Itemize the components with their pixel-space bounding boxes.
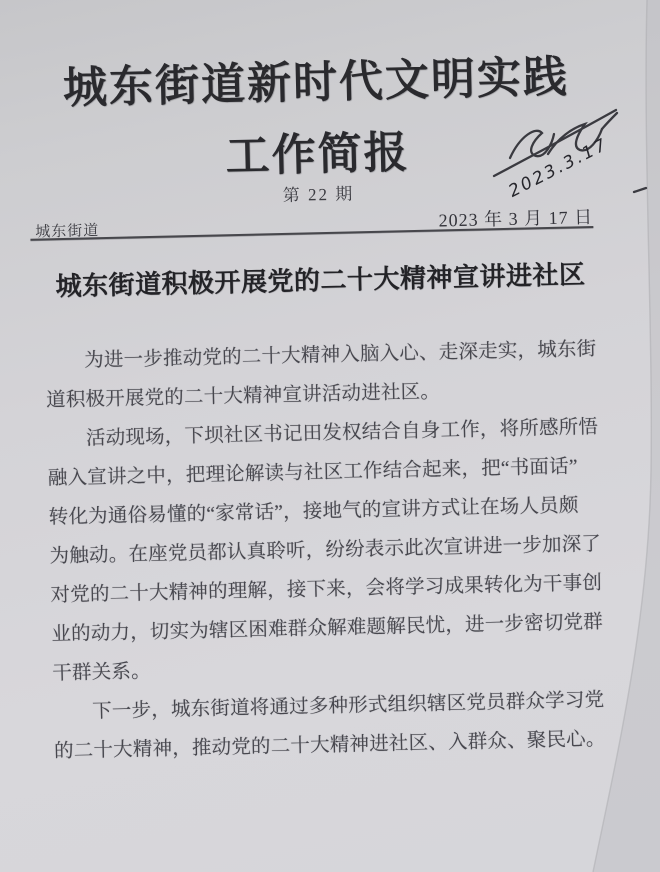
article-headline: 城东街道积极开展党的二十大精神宣讲进社区 [20,253,621,304]
handwritten-signature: 2023.3.17 [488,100,653,215]
article-body: 为进一步推动党的二十大精神入脑入心、走深走实，城东街 道积极开展党的二十大精神宣… [45,330,615,772]
photographed-paper-document: 城东街道新时代文明实践 工作简报 第 22 期 城东街道 2023 年 3 月 … [0,0,660,872]
